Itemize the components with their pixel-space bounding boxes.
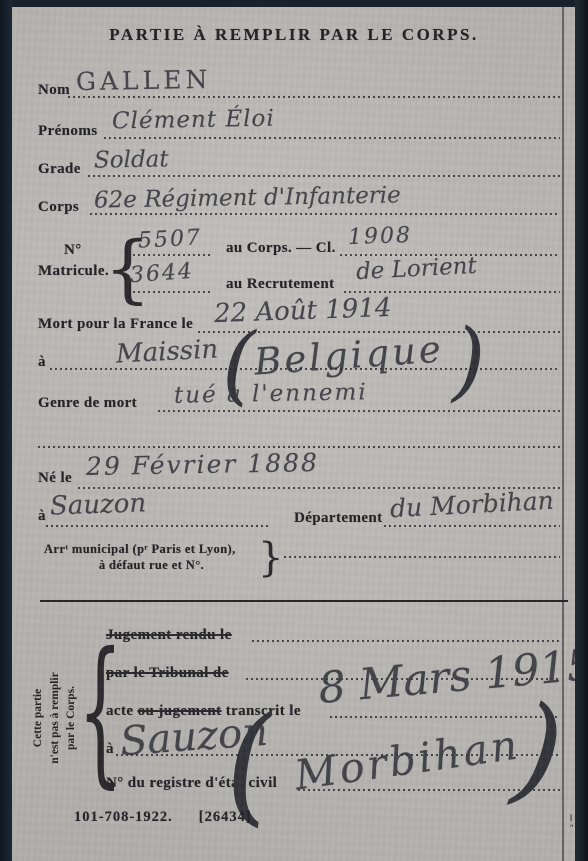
corps-value: 62e Régiment d'Infanterie — [94, 182, 401, 213]
footer-imprint: 101-708-1922.[26434] — [74, 809, 252, 826]
genre-mort-dotted — [158, 410, 560, 412]
jugement-rendu-label: Jugement rendu le — [106, 627, 232, 644]
departement-dotted — [384, 525, 560, 527]
arr-municipal-brace: } — [258, 538, 283, 578]
matricule-recrutement-number: 3644 — [129, 259, 195, 288]
jugement-rendu-dotted — [252, 640, 560, 642]
au-recrutement-label: au Recrutement — [226, 276, 334, 293]
prenoms-dotted-line — [104, 137, 560, 139]
genre-mort-value: tué à l'ennemi — [174, 379, 368, 408]
ne-a-value: Sauzon — [50, 488, 147, 521]
arr-municipal-label-line1: Arrᵗ municipal (pʳ Paris et Lyon), — [44, 542, 236, 557]
ne-a-dotted — [46, 525, 270, 527]
side-note-line2: n'est pas à remplir — [47, 644, 64, 792]
matricule-label-line2: Matricule. — [38, 263, 109, 280]
matricule-corps-number: 5507 — [137, 225, 202, 253]
belgique-paren-close: ) — [452, 318, 486, 404]
tribunal-label: par le Tribunal de — [106, 665, 229, 682]
mort-le-label: Mort pour la France le — [38, 316, 193, 333]
ne-le-label: Né le — [38, 470, 72, 487]
ne-le-value: 29 Février 1888 — [86, 448, 319, 481]
matricule-corps-dotted — [128, 254, 212, 256]
prenoms-value: Clément Éloi — [112, 106, 275, 135]
imprint-number: 101-708-1922. — [74, 809, 173, 825]
mort-a-ville: Maissin — [115, 334, 219, 369]
nom-label: Nom — [38, 82, 70, 99]
mort-a-dotted — [50, 368, 560, 370]
grade-value: Soldat — [94, 146, 169, 173]
series-number: [26434] — [199, 809, 252, 825]
scanned-military-death-record: PARTIE À REMPLIR PAR LE CORPS. Nom GALLE… — [0, 0, 588, 861]
au-corps-label: au Corps. — Cl. — [226, 240, 336, 257]
classe-value: 1908 — [348, 223, 413, 250]
corps-label: Corps — [38, 199, 79, 216]
nom-dotted-line — [68, 96, 560, 98]
matricule-label-line1: N° — [64, 242, 82, 259]
prenoms-label: Prénoms — [38, 123, 97, 140]
departement-label: Département — [294, 510, 383, 527]
section-divider — [40, 600, 568, 602]
side-note-line1: Cette partie — [30, 644, 47, 792]
book-spine-line — [562, 7, 564, 861]
scan-edge-top — [0, 0, 588, 7]
genre-mort-label: Genre de mort — [38, 395, 137, 412]
scan-edge-left — [0, 0, 12, 861]
acte-label-kept: acte — [106, 703, 138, 719]
arr-municipal-dotted — [284, 556, 560, 558]
grade-dotted-line — [88, 175, 560, 177]
mort-a-label: à — [38, 354, 46, 371]
grade-label: Grade — [38, 161, 81, 178]
ne-a-label: à — [38, 508, 46, 525]
transcrit-a-label: à — [106, 741, 114, 758]
corps-dotted-line — [90, 213, 560, 215]
arr-municipal-label-line2: à défaut rue et N°. — [44, 558, 259, 573]
nom-value: GALLEN — [76, 65, 212, 96]
form-header: PARTIE À REMPLIR PAR LE CORPS. — [0, 25, 588, 45]
page-edge-marks: ‖ʺ — [570, 814, 573, 834]
scan-edge-right — [575, 0, 588, 861]
matricule-recrutement-dotted — [128, 291, 212, 293]
